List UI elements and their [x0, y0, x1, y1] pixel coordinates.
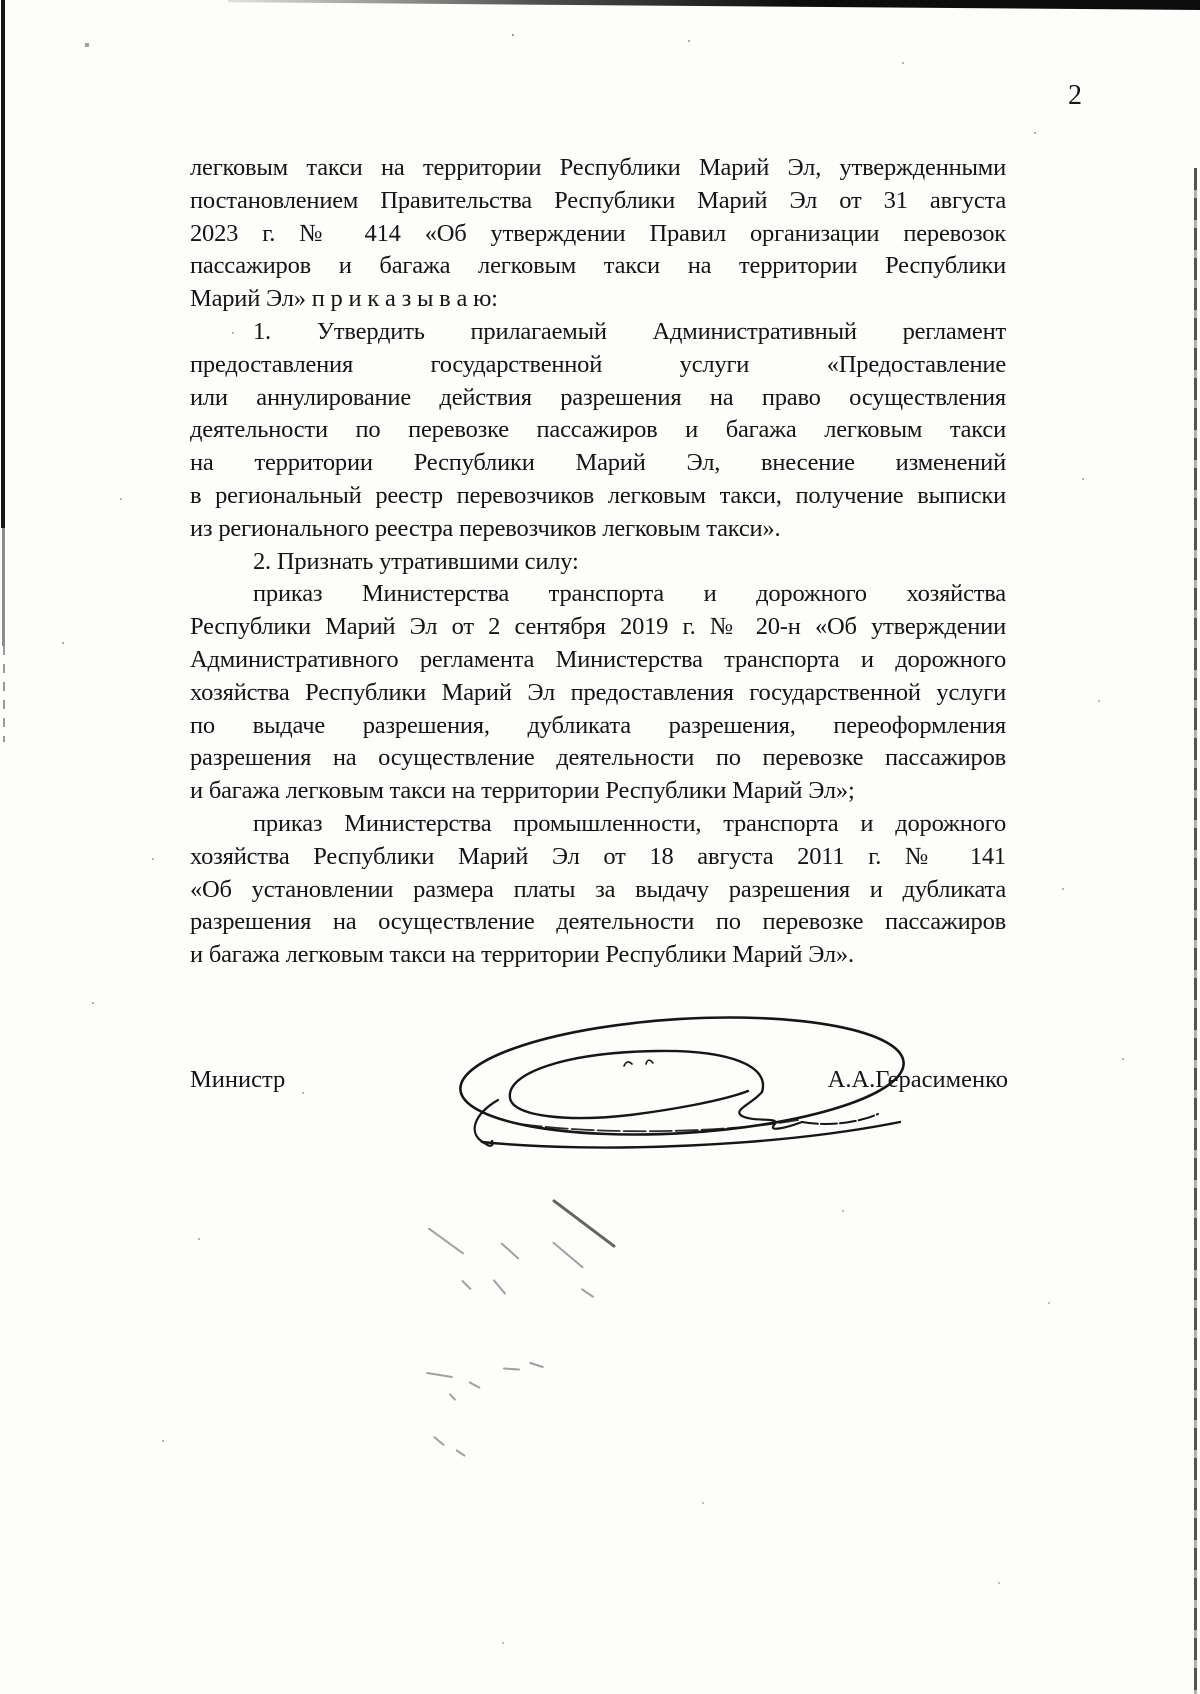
scan-scratch-artifact — [493, 1279, 507, 1295]
text-line: легковым такси на территории Республики … — [190, 152, 1006, 185]
scan-edge-right-artifact — [1194, 168, 1197, 1694]
text-line: по выдаче разрешения, дубликата разрешен… — [190, 710, 1006, 743]
scan-scratch-artifact — [428, 1227, 465, 1254]
text-line: деятельности по перевозке пассажиров и б… — [190, 414, 1006, 447]
text-line: приказ Министерства промышленности, тран… — [190, 808, 1006, 841]
scan-scratch-artifact — [500, 1242, 519, 1260]
text-line: Марий Эл» п р и к а з ы в а ю: — [190, 283, 1006, 316]
text-line: приказ Министерства транспорта и дорожно… — [190, 578, 1006, 611]
scan-scratch-artifact — [455, 1449, 465, 1457]
text-line: предоставления государственной услуги «П… — [190, 349, 1006, 382]
scan-edge-left-artifact — [1, 0, 5, 528]
document-body: легковым такси на территории Республики … — [190, 152, 1006, 972]
scan-scratch-artifact — [529, 1362, 544, 1369]
text-line: 1. Утвердить прилагаемый Административны… — [190, 316, 1006, 349]
text-line: и багажа легковым такси на территории Ре… — [190, 939, 1006, 972]
text-line: разрешения на осуществление деятельности… — [190, 742, 1006, 775]
text-line: «Об установлении размера платы за выдачу… — [190, 874, 1006, 907]
signatory-title: Министр — [190, 1066, 285, 1094]
text-line: 2. Признать утратившими силу: — [190, 546, 1006, 579]
text-line: разрешения на осуществление деятельности… — [190, 906, 1006, 939]
scan-edge-left-artifact — [3, 646, 5, 742]
scan-scratch-artifact — [449, 1393, 457, 1401]
text-line: и багажа легковым такси на территории Ре… — [190, 775, 1006, 808]
text-line: из регионального реестра перевозчиков ле… — [190, 513, 1006, 546]
text-line: хозяйства Республики Марий Эл предоставл… — [190, 677, 1006, 710]
scan-scratch-artifact — [461, 1280, 472, 1291]
text-line: на территории Республики Марий Эл, внесе… — [190, 447, 1006, 480]
scan-scratch-artifact — [552, 1241, 584, 1268]
scan-scratch-artifact — [581, 1288, 595, 1298]
text-line: хозяйства Республики Марий Эл от 18 авгу… — [190, 841, 1006, 874]
scan-scratch-artifact — [433, 1436, 445, 1447]
scan-scratch-artifact — [468, 1381, 480, 1389]
scan-edge-left-artifact — [2, 528, 5, 646]
text-line: 2023 г. № 414 «Об утверждении Правил орг… — [190, 218, 1006, 251]
text-line: или аннулирование действия разрешения на… — [190, 382, 1006, 415]
text-line: Административного регламента Министерств… — [190, 644, 1006, 677]
scanned-document-page: 2 легковым такси на территории Республик… — [0, 0, 1200, 1694]
scan-scratch-artifact — [552, 1199, 616, 1248]
scan-scratch-artifact — [426, 1372, 453, 1378]
text-line: постановлением Правительства Республики … — [190, 185, 1006, 218]
scan-scratch-artifact — [503, 1367, 520, 1370]
scan-noise-speckles — [0, 0, 2, 2]
text-line: в региональный реестр перевозчиков легко… — [190, 480, 1006, 513]
page-number: 2 — [1068, 80, 1082, 112]
text-line: пассажиров и багажа легковым такси на те… — [190, 250, 1006, 283]
scan-edge-top-artifact — [228, 0, 1200, 10]
text-line: Республики Марий Эл от 2 сентября 2019 г… — [190, 611, 1006, 644]
signature-autograph — [430, 1002, 990, 1166]
